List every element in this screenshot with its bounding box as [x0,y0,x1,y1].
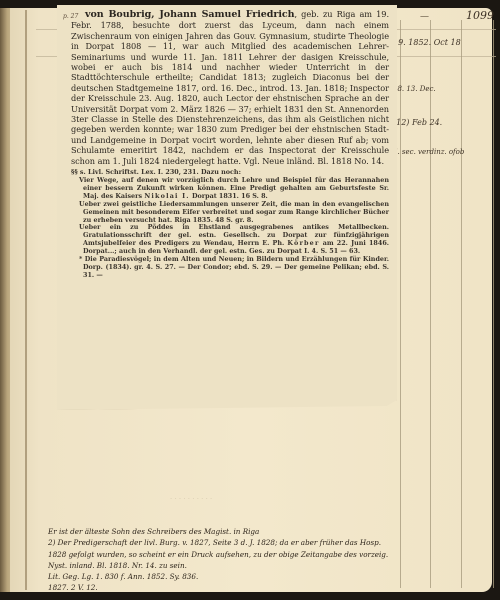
entry-name: von Boubrig, Johann Samuel Friedrich [85,9,294,20]
column-rule [493,20,494,588]
bibliography-item: * Die Paradiesvögel; in dem Alten und Ne… [79,256,389,280]
bibliography-item: Ueber zwei geistliche Liedersammlungen u… [79,201,389,225]
pencil-annotation: p. 27 [63,13,78,20]
handwritten-line: Nyst. inland. Bl. 1818. Nr. 14. zu sein. [48,560,488,571]
header-mark: — [420,12,429,22]
biography-entry: von Boubrig, Johann Samuel Friedrich, ge… [71,9,389,166]
page-number: 1099 [466,9,494,22]
ref-text: Ueber zwei geistliche Liedersammlungen u… [79,200,389,224]
ref-text: * Die Paradiesvögel; in dem Alten und Ne… [79,255,389,279]
column-rule [400,20,401,588]
bibliography-item: Ueber ein zu Põddes in Ehstland ausgegra… [79,224,389,256]
handwritten-line: 1827. 2 V. 12. [48,582,488,593]
handwritten-line: Lit. Geg. Lg. 1. 830 f. Ann. 1852. Sy. 8… [48,571,488,582]
handwritten-line: 1828 gefolgt wurden, so scheint er ein D… [48,549,488,560]
handwritten-notes: Er ist der älteste Sohn des Schreibers d… [48,526,488,594]
margin-note: d. sec. verdinz. ofob [393,148,464,156]
handwritten-line: 2) Der Predigerschaft der livl. Burg. v.… [48,537,488,548]
column-rule [461,20,462,588]
biography-text: , geb. zu Riga am 19. Febr. 1788, besuch… [71,9,389,166]
ref-spaced-name: Nikolai I. [144,192,189,200]
printed-clipping: von Boubrig, Johann Samuel Friedrich, ge… [57,5,397,410]
margin-note: 19. 1852. Oct 18 [393,38,461,47]
ref-spaced-name: Körber [287,239,319,247]
column-rule [430,20,431,588]
gutter-line [25,10,27,590]
bibliography: §§ s. Livl. Schriftst. Lex. I. 230, 231.… [71,169,389,280]
margin-note: (12) Feb 24. [393,118,442,127]
bibliography-item: Vier Wege, auf denen wir vorzüglich durc… [79,177,389,201]
ref-text: Dorpat 1831. 16 S. 8. [190,192,268,200]
bleed-through-text: · · · · · · · · · · [170,495,212,503]
margin-note: 18. 13. Dec. [393,85,436,93]
handwritten-line: Er ist der älteste Sohn des Schreibers d… [48,526,488,537]
scanned-ledger-page: — 1099 19. 1852. Oct 18 18. 13. Dec. (12… [0,0,500,600]
